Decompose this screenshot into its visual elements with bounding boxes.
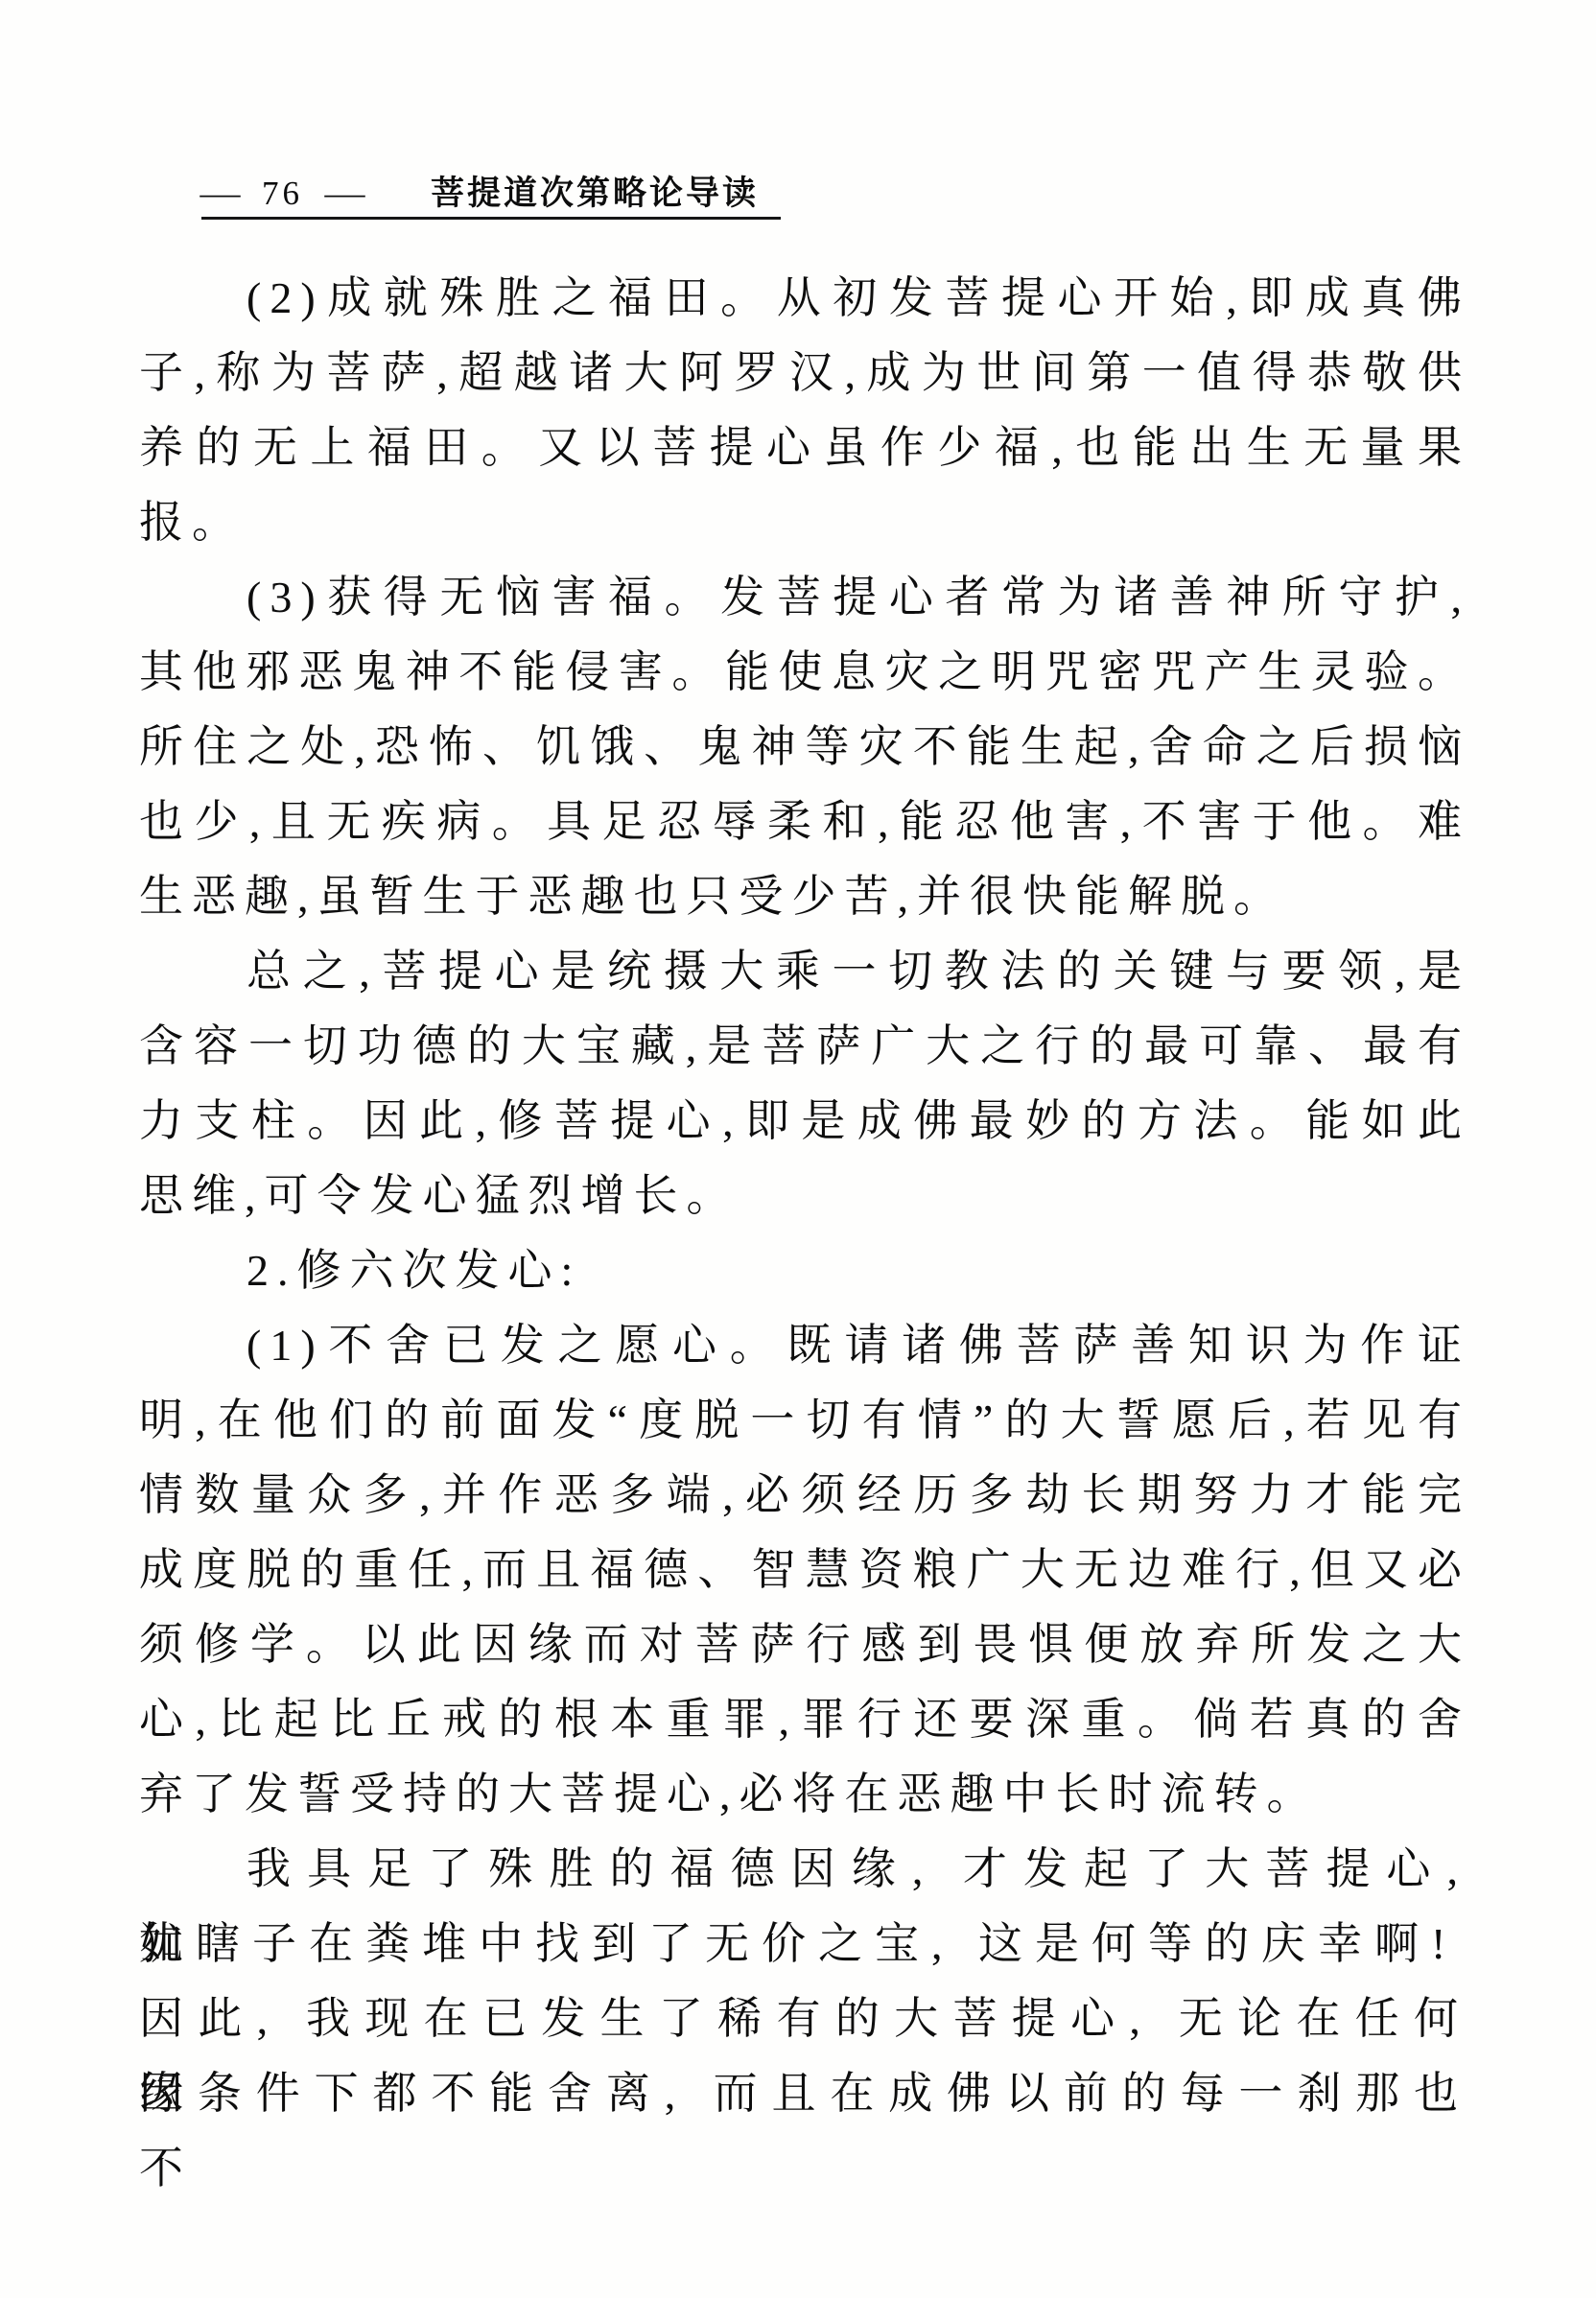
text-line: (1)不舍已发之愿心。既请诸佛菩萨善知识为作证 [139,1308,1470,1383]
text-line: 情数量众多,并作恶多端,必须经历多劫长期努力才能完 [139,1458,1470,1533]
page-number: 76 [262,175,303,213]
page-body: (2)成就殊胜之福田。从初发菩提心开始,即成真佛 子,称为菩萨,超越诸大阿罗汉,… [139,261,1470,2131]
paragraph: (3)获得无恼害福。发菩提心者常为诸善神所守护, 其他邪恶鬼神不能侵害。能使息灾… [139,560,1470,934]
running-head: —76—菩提道次第略论导读 [203,175,759,213]
paragraph: 总之,菩提心是统摄大乘一切教法的关键与要领,是 含容一切功德的大宝藏,是菩萨广大… [139,934,1470,1233]
paragraph: 我具足了殊胜的福德因缘, 才发起了大菩提心, 犹 如瞎子在粪堆中找到了无价之宝,… [139,1832,1470,2131]
text-line: 2.修六次发心: [139,1233,1470,1308]
text-line: 如瞎子在粪堆中找到了无价之宝, 这是何等的庆幸啊! [139,1907,1470,1981]
text-line: 也少,且无疾病。具足忍辱柔和,能忍他害,不害于他。难 [139,785,1470,859]
text-line: 生恶趣,虽暂生于恶趣也只受少苦,并很快能解脱。 [139,859,1470,934]
text-line: 因此, 我现在已发生了稀有的大菩提心, 无论在任何因 [139,1981,1470,2056]
text-line: 所住之处,恐怖、饥饿、鬼神等灾不能生起,舍命之后损恼 [139,710,1470,785]
text-line: 总之,菩提心是统摄大乘一切教法的关键与要领,是 [139,934,1470,1009]
header-dash-right: — [325,175,365,213]
text-line: 报。 [139,485,1470,560]
text-line: 养的无上福田。又以菩提心虽作少福,也能出生无量果 [139,410,1470,485]
text-line: 其他邪恶鬼神不能侵害。能使息灾之明咒密咒产生灵验。 [139,635,1470,710]
text-line: 含容一切功德的大宝藏,是菩萨广大之行的最可靠、最有 [139,1009,1470,1084]
book-title: 菩提道次第略论导读 [431,175,759,212]
text-line: 思维,可令发心猛烈增长。 [139,1159,1470,1233]
text-line: 子,称为菩萨,超越诸大阿罗汉,成为世间第一值得恭敬供 [139,336,1470,410]
text-line: 须修学。以此因缘而对菩萨行感到畏惧便放弃所发之大 [139,1607,1470,1682]
text-line: 我具足了殊胜的福德因缘, 才发起了大菩提心, 犹 [139,1832,1470,1907]
book-page: —76—菩提道次第略论导读 (2)成就殊胜之福田。从初发菩提心开始,即成真佛 子… [0,0,1596,2298]
paragraph: (2)成就殊胜之福田。从初发菩提心开始,即成真佛 子,称为菩萨,超越诸大阿罗汉,… [139,261,1470,560]
header-dash-left: — [200,175,241,213]
paragraph: (1)不舍已发之愿心。既请诸佛菩萨善知识为作证 明,在他们的前面发“度脱一切有情… [139,1308,1470,1832]
header-rule [201,217,781,220]
text-line: (2)成就殊胜之福田。从初发菩提心开始,即成真佛 [139,261,1470,336]
text-line: 心,比起比丘戒的根本重罪,罪行还要深重。倘若真的舍 [139,1682,1470,1757]
text-line: 缘条件下都不能舍离, 而且在成佛以前的每一刹那也不 [139,2056,1470,2131]
text-line: (3)获得无恼害福。发菩提心者常为诸善神所守护, [139,560,1470,635]
paragraph: 2.修六次发心: [139,1233,1470,1308]
text-line: 弃了发誓受持的大菩提心,必将在恶趣中长时流转。 [139,1757,1470,1832]
text-line: 明,在他们的前面发“度脱一切有情”的大誓愿后,若见有 [139,1383,1470,1458]
text-line: 力支柱。因此,修菩提心,即是成佛最妙的方法。能如此 [139,1084,1470,1159]
text-line: 成度脱的重任,而且福德、智慧资粮广大无边难行,但又必 [139,1533,1470,1607]
